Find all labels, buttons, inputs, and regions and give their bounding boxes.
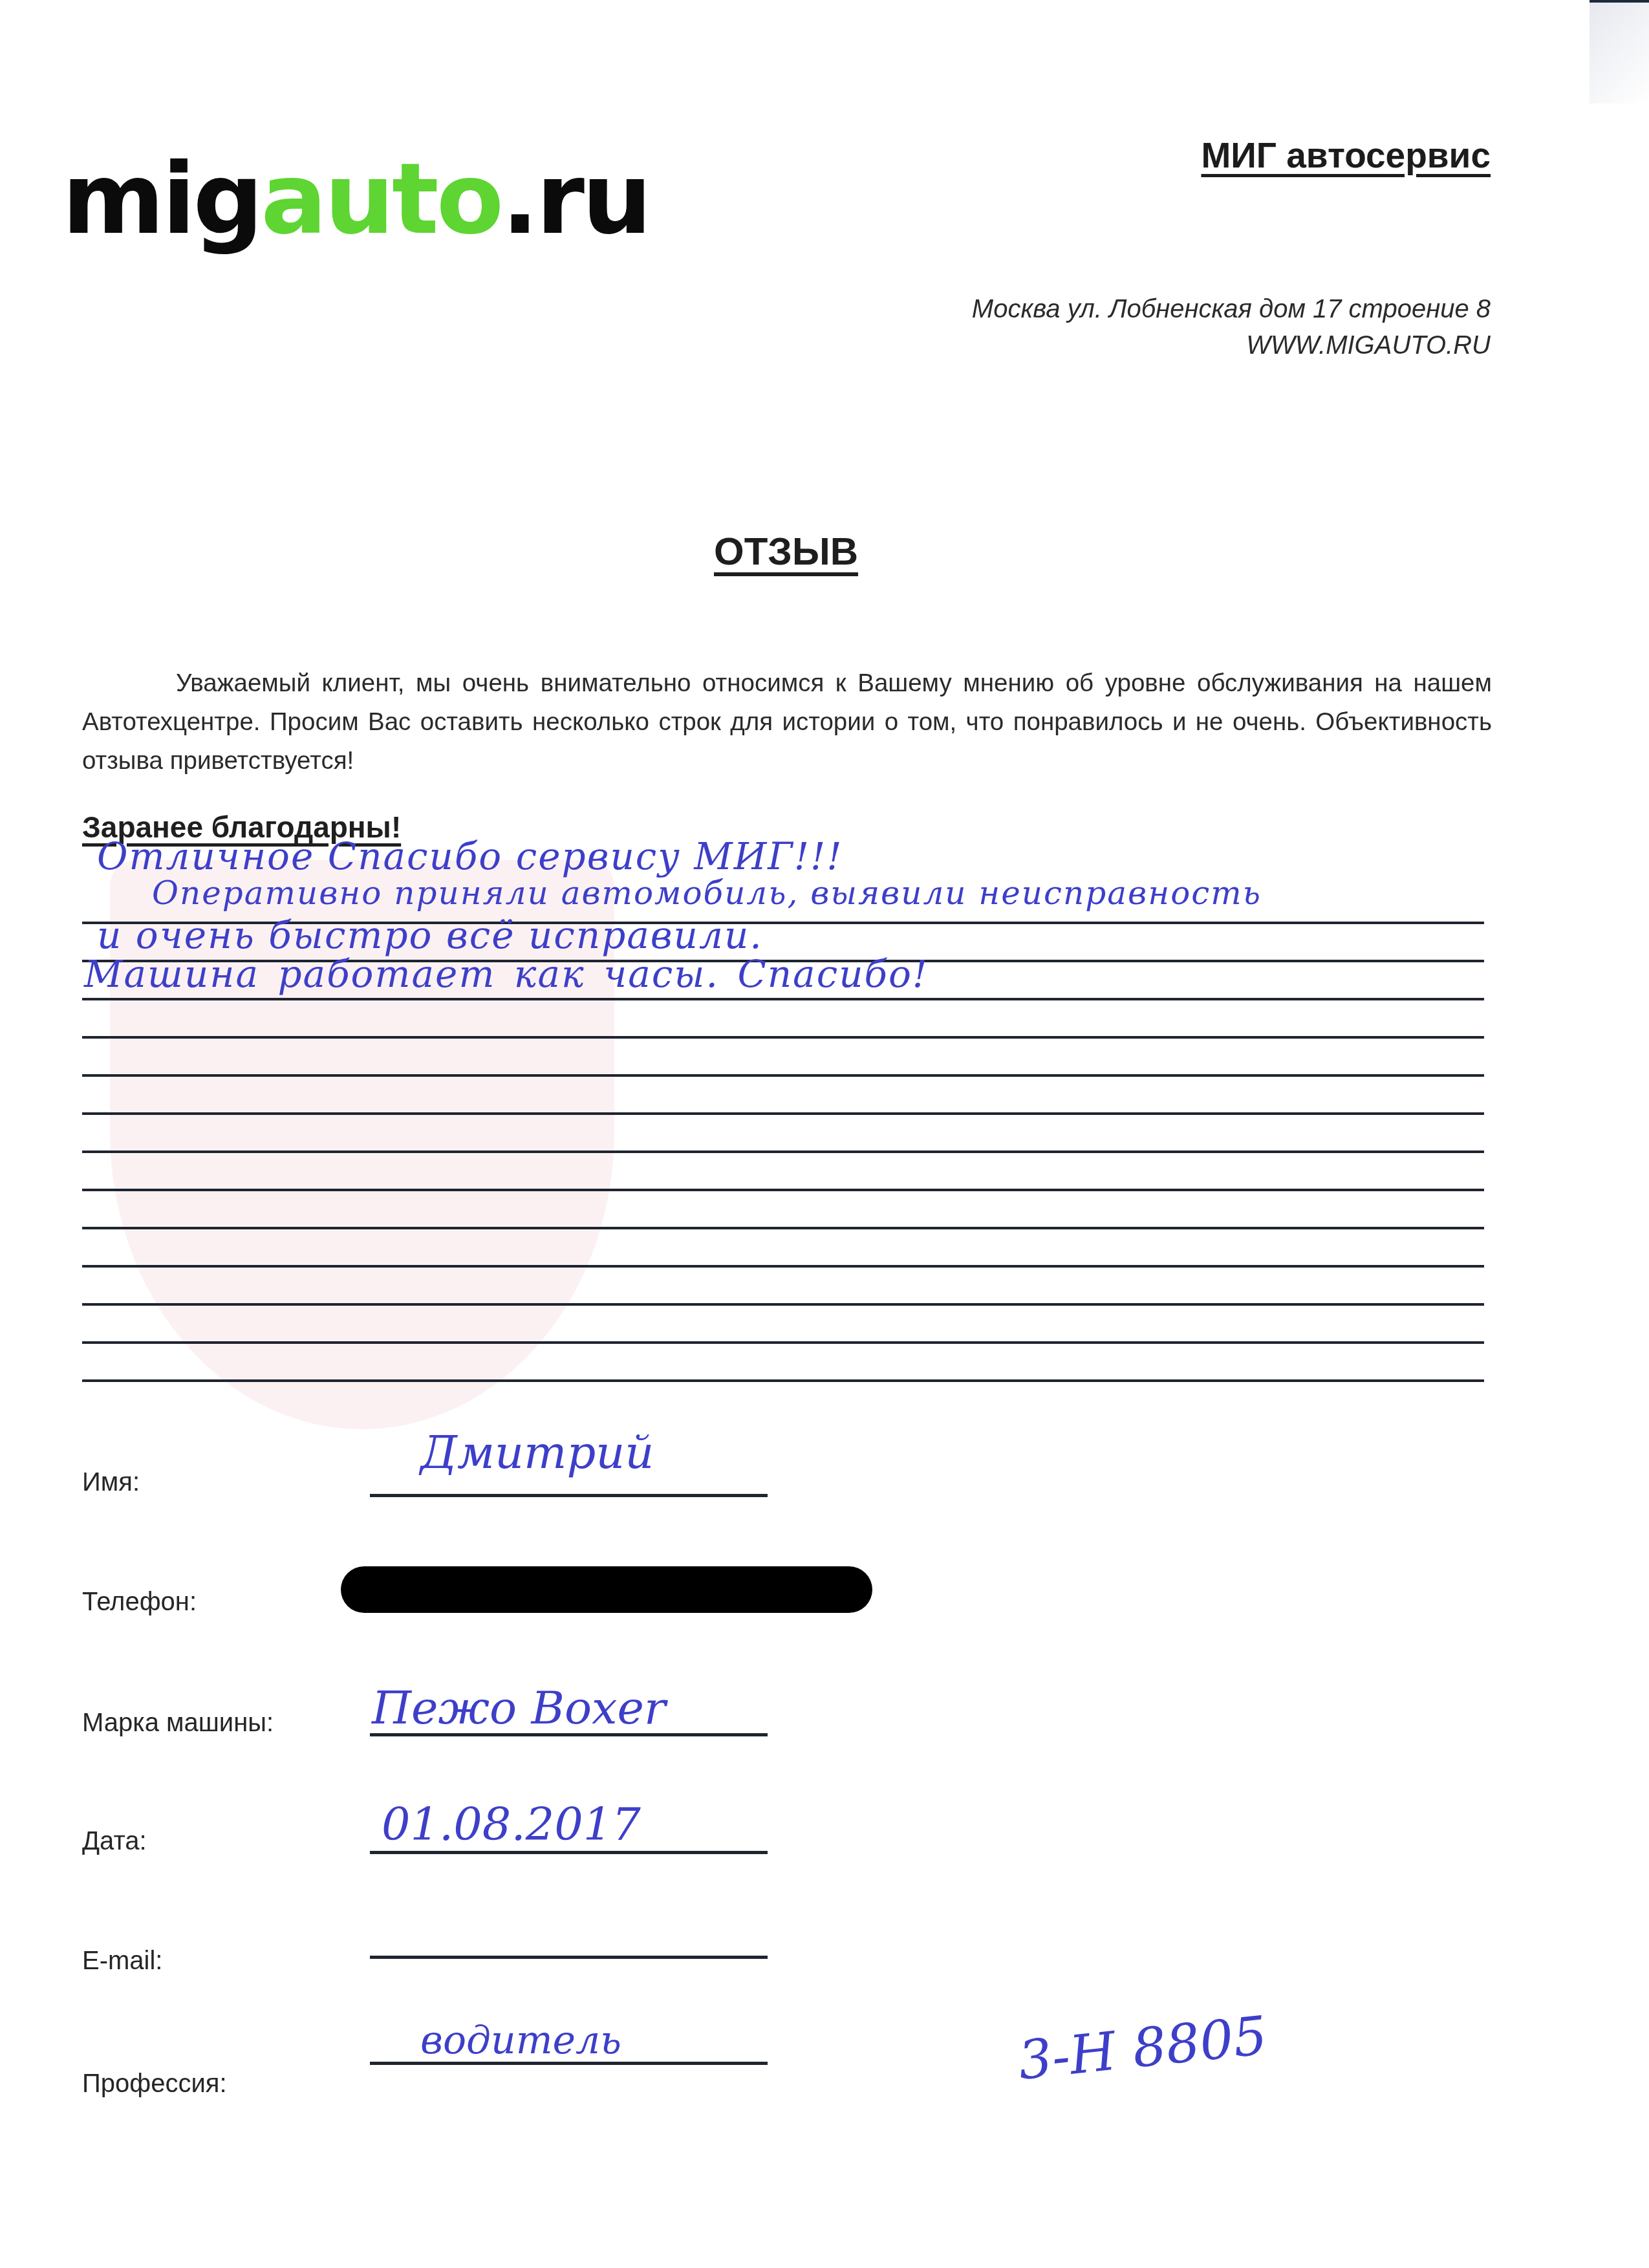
car-label: Марка машины: — [82, 1709, 274, 1738]
intro-paragraph: Уважаемый клиент, мы очень внимательно о… — [82, 664, 1492, 781]
document-title: ОТЗЫВ — [714, 529, 858, 574]
logo-text-auto: auto — [261, 142, 501, 256]
intro-text: Уважаемый клиент, мы очень внимательно о… — [82, 669, 1492, 775]
date-label: Дата: — [82, 1827, 147, 1856]
logo-text-ru: .ru — [501, 142, 649, 256]
ruled-line — [82, 1344, 1484, 1382]
ruled-line — [82, 1191, 1484, 1229]
logo-text-mig: mig — [62, 142, 261, 256]
review-line-1: Отличное Спасибо сервису МИГ!!! — [97, 834, 843, 878]
ruled-line — [82, 1153, 1484, 1191]
ruled-line — [82, 1039, 1484, 1077]
ruled-line — [82, 1000, 1484, 1039]
company-address: Москва ул. Лобненская дом 17 строение 8 — [972, 291, 1491, 327]
name-label: Имя: — [82, 1468, 140, 1497]
review-line-4: Машина работает как часы. Спасибо! — [84, 952, 929, 996]
review-line-3: и очень быстро всё исправили. — [97, 913, 763, 957]
profession-label: Профессия: — [82, 2069, 227, 2099]
name-field[interactable] — [370, 1494, 768, 1497]
profession-value: водитель — [420, 2018, 621, 2063]
name-value: Дмитрий — [420, 1426, 654, 1479]
review-line-2: Оперативно приняли автомобиль, выявили н… — [152, 874, 1262, 912]
email-label: E-mail: — [82, 1947, 162, 1976]
company-website: WWW.MIGAUTO.RU — [972, 327, 1491, 363]
ruled-line — [82, 1268, 1484, 1306]
ruled-line — [82, 1229, 1484, 1268]
date-field[interactable] — [370, 1851, 768, 1854]
company-contacts: Москва ул. Лобненская дом 17 строение 8 … — [972, 291, 1491, 363]
ruled-line — [82, 1306, 1484, 1344]
car-value: Пежо Boxer — [372, 1681, 665, 1734]
ruled-line — [82, 1115, 1484, 1153]
handwritten-note: 3-Н 8805 — [1015, 2005, 1270, 2092]
company-name: МИГ автосервис — [1201, 135, 1491, 176]
scan-edge-shadow — [1590, 0, 1649, 103]
ruled-line — [82, 1077, 1484, 1115]
email-field[interactable] — [370, 1956, 768, 1959]
migauto-logo: migauto.ru — [62, 150, 649, 248]
phone-redaction — [341, 1566, 872, 1613]
phone-label: Телефон: — [82, 1588, 197, 1617]
date-value: 01.08.2017 — [382, 1798, 641, 1851]
